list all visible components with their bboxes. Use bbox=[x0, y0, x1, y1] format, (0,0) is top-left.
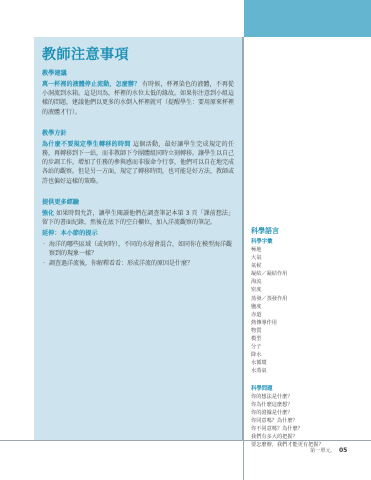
vocab-item: 分子 bbox=[251, 343, 366, 351]
question-item: 你不同意嗎？為什麼？ bbox=[251, 425, 366, 433]
vocab-heading: 科學字彙 bbox=[251, 238, 366, 246]
vocab-item: 降水 bbox=[251, 351, 366, 359]
question-item: 我們有多大的把握？ bbox=[251, 433, 366, 441]
vocab-item: 熱傳導作用 bbox=[251, 319, 366, 327]
vocab-item: 密度 bbox=[251, 286, 366, 294]
page-number: 05 bbox=[339, 447, 347, 454]
spacer bbox=[251, 376, 366, 385]
sidebar-title: 科學語言 bbox=[251, 226, 366, 236]
vocab-item: 氣候 bbox=[251, 262, 366, 270]
section-heading: 提供更多經驗 bbox=[42, 198, 234, 207]
science-language-sidebar: 科學語言 科學字彙 極地 大氣 氣候 凝結／凝結作用 海流 密度 蒸發／蒸發作用… bbox=[251, 226, 366, 449]
question-item: 要怎麼辦，我們才能更有把握？ bbox=[251, 441, 366, 449]
vocab-item: 凝結／凝結作用 bbox=[251, 270, 366, 278]
section-more-experience: 提供更多經驗 強化 如果時間允許，讓學生閱讀他們在調查筆記本第 3 頁「課前想法… bbox=[42, 198, 234, 268]
section-teaching-guidelines: 教學方針 為什麼不要規定學生轉移的時間 這個活動，最好讓學生完成規定的任務，再轉… bbox=[42, 129, 234, 186]
vocab-item: 極地 bbox=[251, 246, 366, 254]
lead-phrase: 強化 bbox=[42, 210, 54, 217]
bullet-item: 調查過洋流後，你解釋看看：形成洋流的原因是什麼？ bbox=[42, 259, 234, 268]
question-item: 你同意嗎？為什麼？ bbox=[251, 417, 366, 425]
question-item: 你的證據是什麼？ bbox=[251, 409, 366, 417]
vocab-item: 鹽度 bbox=[251, 303, 366, 311]
section-teaching-suggestions: 教學建議 萬一杯裡的液體停止流動，怎麼辦？ 有時候，杯裡染色的液體，不再從小洞流… bbox=[42, 69, 234, 117]
section-heading: 教學方針 bbox=[42, 129, 234, 138]
vocab-item: 大氣 bbox=[251, 254, 366, 262]
questions-list: 你的想法是什麼？ 你為什麼這麼想？ 你的證據是什麼？ 你同意嗎？為什麼？ 你不同… bbox=[251, 393, 366, 450]
section-paragraph: 強化 如果時間允許，讓學生閱讀他們在調查筆記本第 3 頁「課前想法」留下的書面紀… bbox=[42, 209, 234, 227]
vocab-list: 極地 大氣 氣候 凝結／凝結作用 海流 密度 蒸發／蒸發作用 鹽度 赤道 熱傳導… bbox=[251, 246, 366, 376]
teacher-notes-panel: 教師注意事項 教學建議 萬一杯裡的液體停止流動，怎麼辦？ 有時候，杯裡染色的液體… bbox=[34, 37, 243, 440]
question-item: 你的想法是什麼？ bbox=[251, 393, 366, 401]
vocab-item: 物質 bbox=[251, 327, 366, 335]
vocab-item: 蒸發／蒸發作用 bbox=[251, 295, 366, 303]
questions-heading: 科學問題 bbox=[251, 385, 366, 393]
vertical-divider bbox=[243, 37, 244, 480]
extension-heading: 延伸：本小節的提示 bbox=[42, 229, 234, 238]
vocab-item: 海流 bbox=[251, 278, 366, 286]
bullet-item: 海洋的哪些區域（或何時），不同的水層會混合，如同你在模型海洋觀察到的現象一樣？ bbox=[42, 240, 234, 258]
question-item: 你為什麼這麼想？ bbox=[251, 401, 366, 409]
unit-label: 第一單元． bbox=[310, 448, 336, 454]
section-paragraph: 萬一杯裡的液體停止流動，怎麼辦？ 有時候，杯裡染色的液體，不再從小洞流到水箱。這… bbox=[42, 80, 234, 117]
vocab-item: 水蒸氣 bbox=[251, 367, 366, 375]
lead-phrase: 萬一杯裡的液體停止流動，怎麼辦？ bbox=[42, 81, 140, 88]
vocab-item: 赤道 bbox=[251, 311, 366, 319]
panel-title: 教師注意事項 bbox=[42, 47, 234, 64]
section-paragraph: 為什麼不要規定學生轉移的時間 這個活動，最好讓學生完成規定的任務，再轉移到下一站… bbox=[42, 140, 234, 186]
section-heading: 教學建議 bbox=[42, 69, 234, 78]
paragraph-body: 如果時間允許，讓學生閱讀他們在調查筆記本第 3 頁「課前想法」留下的書面紀錄，然… bbox=[42, 210, 234, 226]
page-footer: 第一單元．05 bbox=[310, 447, 347, 454]
lead-phrase: 為什麼不要規定學生轉移的時間 bbox=[42, 141, 131, 148]
top-color-band bbox=[244, 0, 371, 37]
vocab-item: 水循環 bbox=[251, 359, 366, 367]
extension-bullets: 海洋的哪些區域（或何時），不同的水層會混合，如同你在模型海洋觀察到的現象一樣？ … bbox=[42, 240, 234, 268]
vocab-item: 模型 bbox=[251, 335, 366, 343]
